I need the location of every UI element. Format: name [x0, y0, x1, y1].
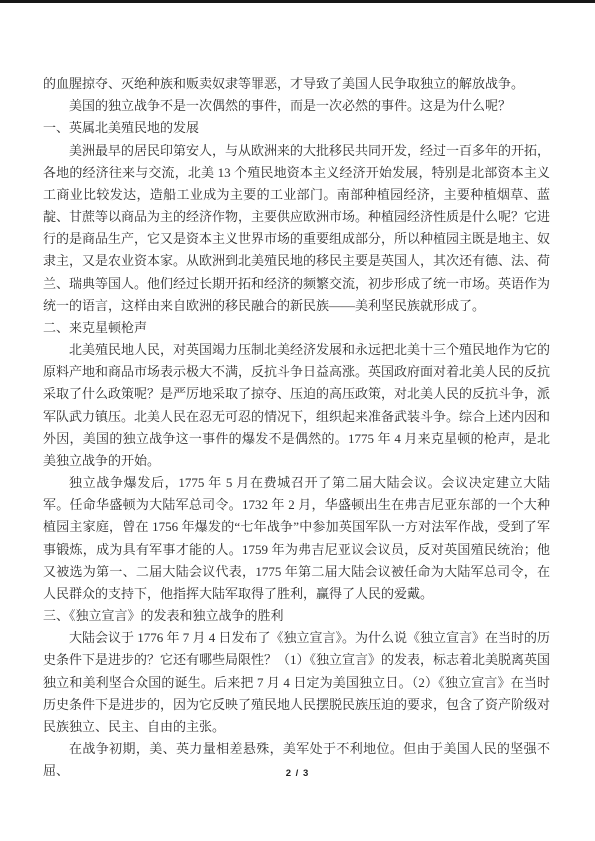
- paragraph: 美国的独立战争不是一次偶然的事件，而是一次必然的事件。这是为什么呢？: [43, 95, 550, 117]
- section-heading: 二、来克星顿枪声: [43, 317, 550, 339]
- paragraph: 的血腥掠夺、灭绝种族和贩卖奴隶等罪恶，才导致了美国人民争取独立的解放战争。: [43, 73, 550, 95]
- section-heading: 三、《独立宣言》的发表和独立战争的胜利: [43, 605, 550, 627]
- paragraph: 大陆会议于 1776 年 7 月 4 日发布了《独立宣言》。为什么说《独立宣言》…: [43, 627, 550, 738]
- document-page: 的血腥掠夺、灭绝种族和贩卖奴隶等罪恶，才导致了美国人民争取独立的解放战争。美国的…: [0, 0, 595, 841]
- paragraph: 独立战争爆发后，1775 年 5 月在费城召开了第二届大陆会议。会议决定建立大陆…: [43, 472, 550, 605]
- paragraph: 北美殖民地人民，对英国竭力压制北美经济发展和永远把北美十三个殖民地作为它的原料产…: [43, 339, 550, 472]
- section-heading: 一、英属北美殖民地的发展: [43, 117, 550, 139]
- page-number: 2 / 3: [286, 768, 310, 779]
- window-top-edge: [0, 0, 595, 3]
- page-footer: 2 / 3: [0, 768, 595, 779]
- document-body: 的血腥掠夺、灭绝种族和贩卖奴隶等罪恶，才导致了美国人民争取独立的解放战争。美国的…: [43, 73, 550, 783]
- paragraph: 美洲最早的居民印第安人，与从欧洲来的大批移民共同开发，经过一百多年的开拓，各地的…: [43, 140, 550, 317]
